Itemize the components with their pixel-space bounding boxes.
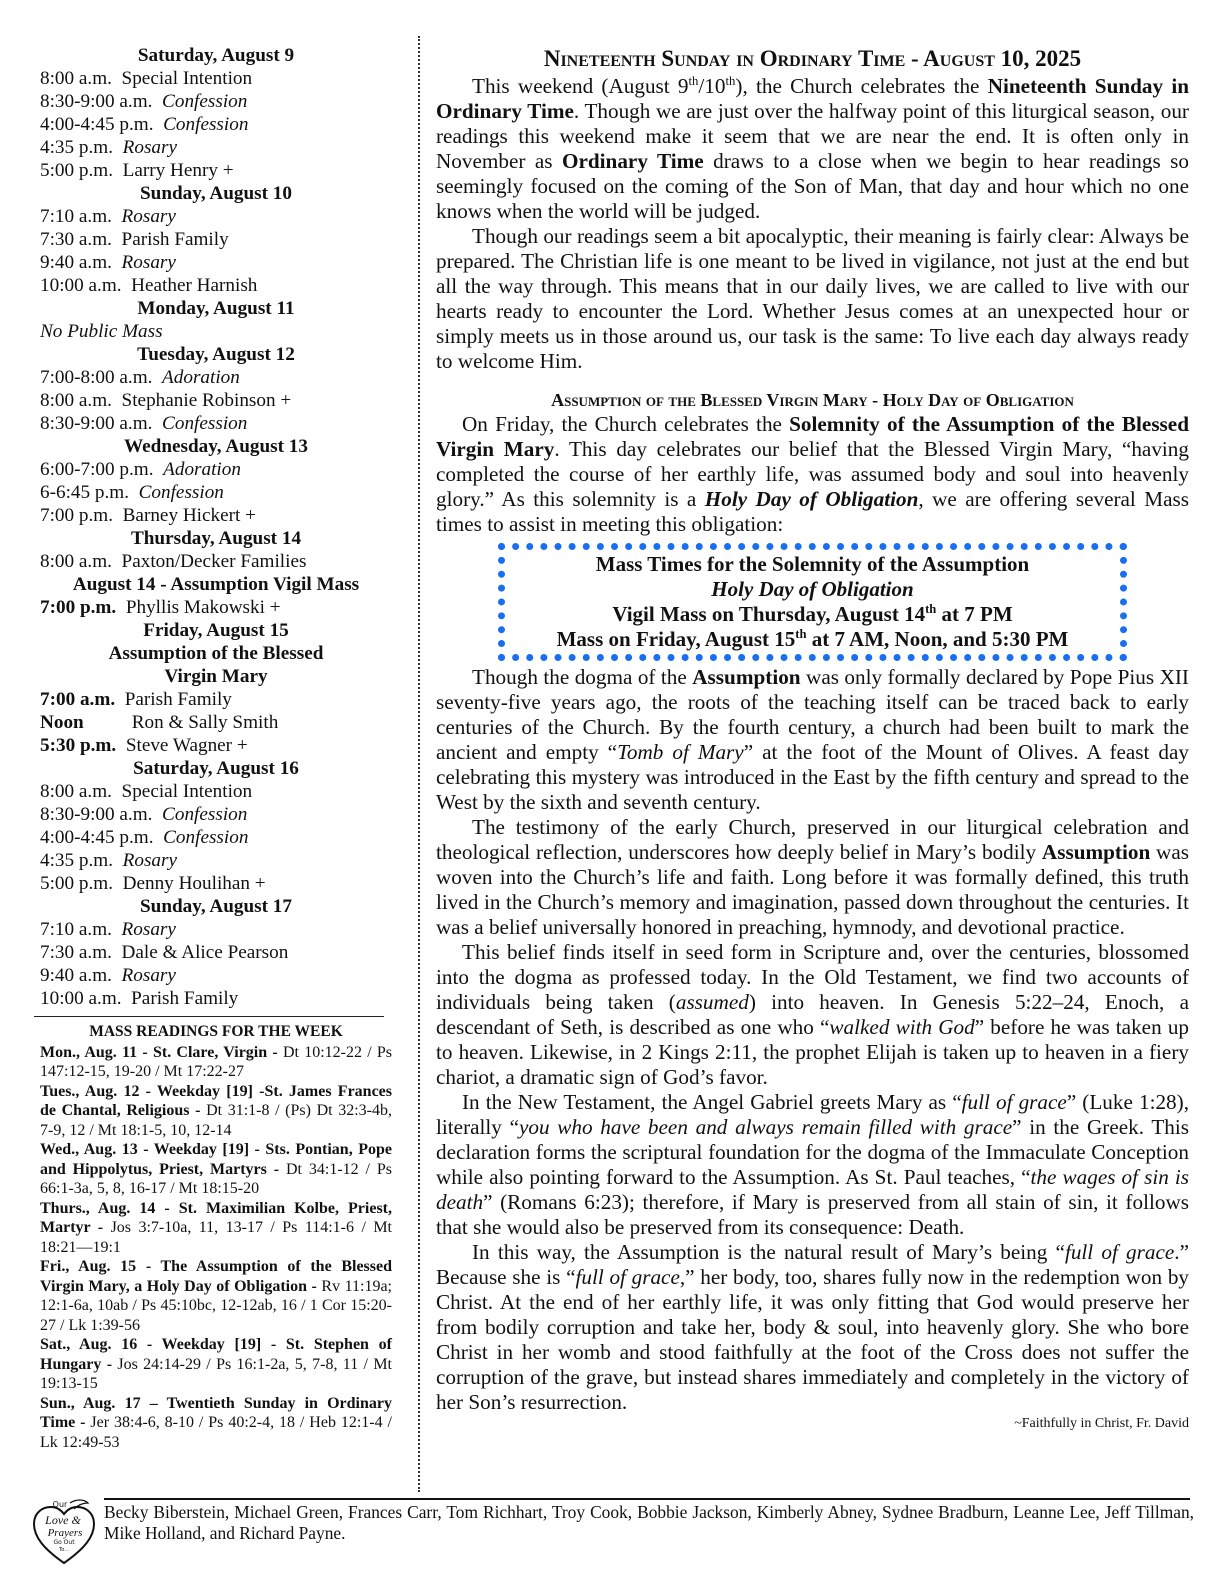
text: th bbox=[925, 602, 936, 616]
schedule-time: 8:30-9:00 a.m. bbox=[40, 804, 152, 825]
svg-text:Prayers: Prayers bbox=[47, 1527, 83, 1539]
text-run: ), the Church celebrates the bbox=[735, 74, 987, 98]
heart-prayers-logo-icon: Our Love & Prayers Go Out To... bbox=[30, 1497, 98, 1567]
schedule-event: Rosary bbox=[123, 850, 177, 871]
schedule-row: 7:00-8:00 a.m. Adoration bbox=[40, 366, 392, 389]
schedule-time: 9:40 a.m. bbox=[40, 252, 112, 273]
schedule-row: 5:30 p.m. Steve Wagner + bbox=[40, 734, 392, 757]
text-run: Holy Day of Obligation bbox=[705, 487, 919, 511]
day-subheading: Assumption of the Blessed bbox=[40, 642, 392, 665]
reading-item: Wed., Aug. 13 - Weekday [19] - Sts. Pont… bbox=[40, 1140, 392, 1199]
schedule-row: 10:00 a.m. Parish Family bbox=[40, 987, 392, 1010]
schedule-time: 5:00 p.m. bbox=[40, 160, 113, 181]
schedule-event: Confession bbox=[162, 804, 247, 825]
schedule-row: 4:00-4:45 p.m. Confession bbox=[40, 826, 392, 849]
schedule-row: No Public Mass bbox=[40, 320, 392, 343]
text: Mass on Friday, August 15 bbox=[557, 627, 796, 651]
text-run: Ordinary Time bbox=[562, 149, 704, 173]
schedule-row: 9:40 a.m. Rosary bbox=[40, 964, 392, 987]
schedule-time: 8:00 a.m. bbox=[40, 68, 112, 89]
schedule-time: 4:00-4:45 p.m. bbox=[40, 827, 154, 848]
schedule-row: 8:00 a.m. Special Intention bbox=[40, 780, 392, 803]
schedule-time: 10:00 a.m. bbox=[40, 275, 122, 296]
schedule-event: Confession bbox=[162, 91, 247, 112]
schedule-time: 8:00 a.m. bbox=[40, 781, 112, 802]
paragraph: Though the dogma of the Assumption was o… bbox=[436, 665, 1189, 815]
pastor-article: Nineteenth Sunday in Ordinary Time - Aug… bbox=[436, 44, 1189, 1432]
day-heading: Tuesday, August 12 bbox=[40, 343, 392, 366]
schedule-time: 8:30-9:00 a.m. bbox=[40, 91, 152, 112]
schedule-event: Special Intention bbox=[122, 68, 253, 89]
svg-text:Go Out: Go Out bbox=[53, 1539, 75, 1546]
article-title: Nineteenth Sunday in Ordinary Time - Aug… bbox=[436, 44, 1189, 74]
schedule-row: 8:30-9:00 a.m. Confession bbox=[40, 412, 392, 435]
schedule-event: Phyllis Makowski + bbox=[126, 597, 281, 618]
schedule-row: 7:00 a.m. Parish Family bbox=[40, 688, 392, 711]
text-run: On Friday, the Church celebrates the bbox=[462, 412, 789, 436]
schedule-event: Rosary bbox=[122, 965, 176, 986]
schedule-row: 8:00 a.m. Paxton/Decker Families bbox=[40, 550, 392, 573]
text-run: ” (Romans 6:23); therefore, if Mary is p… bbox=[436, 1190, 1189, 1239]
reading-refs: Jer 38:4-6, 8-10 / Ps 40:2-4, 18 / Heb 1… bbox=[40, 1414, 392, 1451]
prayer-list-names: Becky Biberstein, Michael Green, Frances… bbox=[104, 1502, 1194, 1544]
schedule-row: Noon Ron & Sally Smith bbox=[40, 711, 392, 734]
text-run: th bbox=[689, 74, 699, 88]
text-run: Assumption bbox=[1042, 840, 1150, 864]
text-run: /10 bbox=[698, 74, 725, 98]
reading-item: Sat., Aug. 16 - Weekday [19] - St. Steph… bbox=[40, 1335, 392, 1394]
schedule-time: 7:00 a.m. bbox=[40, 689, 115, 710]
day-heading: Sunday, August 17 bbox=[40, 895, 392, 918]
schedule-time: 6-6:45 p.m. bbox=[40, 482, 129, 503]
readings-heading: MASS READINGS FOR THE WEEK bbox=[40, 1022, 392, 1042]
column-divider bbox=[418, 36, 420, 1492]
text-run: full of grace bbox=[962, 1090, 1067, 1114]
text-run: In this way, the Assumption is the natur… bbox=[472, 1240, 1065, 1264]
schedule-row: 7:30 a.m. Dale & Alice Pearson bbox=[40, 941, 392, 964]
paragraph: In this way, the Assumption is the natur… bbox=[436, 1240, 1189, 1415]
text-run: full of grace bbox=[575, 1265, 679, 1289]
schedule-event: Confession bbox=[139, 482, 224, 503]
schedule-event: Confession bbox=[162, 413, 247, 434]
paragraph: This belief finds itself in seed form in… bbox=[436, 940, 1189, 1090]
schedule-time: 7:10 a.m. bbox=[40, 919, 112, 940]
schedule-row: 7:00 p.m. Barney Hickert + bbox=[40, 504, 392, 527]
text-run: In the New Testament, the Angel Gabriel … bbox=[462, 1090, 962, 1114]
text: at 7 PM bbox=[936, 602, 1012, 626]
schedule-row: 7:30 a.m. Parish Family bbox=[40, 228, 392, 251]
schedule-time: 7:00 p.m. bbox=[40, 597, 116, 618]
schedule-time: 6:00-7:00 p.m. bbox=[40, 459, 154, 480]
schedule-event: Paxton/Decker Families bbox=[122, 551, 307, 572]
schedule-event: Rosary bbox=[122, 919, 176, 940]
text-run: th bbox=[725, 74, 735, 88]
mass-readings: MASS READINGS FOR THE WEEK Mon., Aug. 11… bbox=[40, 1022, 392, 1452]
schedule-event: Barney Hickert + bbox=[123, 505, 256, 526]
schedule-event: Rosary bbox=[122, 206, 176, 227]
vigil-mass-line: Vigil Mass on Thursday, August 14th at 7… bbox=[509, 602, 1116, 627]
schedule-time: 9:40 a.m. bbox=[40, 965, 112, 986]
paragraph: This weekend (August 9th/10th), the Chur… bbox=[436, 74, 1189, 224]
schedule-event: Denny Houlihan + bbox=[123, 873, 266, 894]
schedule-time: 5:00 p.m. bbox=[40, 873, 113, 894]
schedule-time: 7:10 a.m. bbox=[40, 206, 112, 227]
schedule-event: Heather Harnish bbox=[131, 275, 257, 296]
paragraph: The testimony of the early Church, prese… bbox=[436, 815, 1189, 940]
schedule-time: 10:00 a.m. bbox=[40, 988, 122, 1009]
text-run: This weekend (August 9 bbox=[472, 74, 689, 98]
schedule-time: 7:30 a.m. bbox=[40, 942, 112, 963]
svg-text:To...: To... bbox=[58, 1547, 69, 1553]
schedule-event: No Public Mass bbox=[40, 321, 163, 342]
schedule-time: 7:00 p.m. bbox=[40, 505, 113, 526]
schedule-row: 5:00 p.m. Larry Henry + bbox=[40, 159, 392, 182]
schedule-event: Larry Henry + bbox=[123, 160, 234, 181]
schedule-row: 4:35 p.m. Rosary bbox=[40, 849, 392, 872]
schedule-row: 8:00 a.m. Stephanie Robinson + bbox=[40, 389, 392, 412]
day-heading: Saturday, August 16 bbox=[40, 757, 392, 780]
schedule-row: 8:00 a.m. Special Intention bbox=[40, 67, 392, 90]
day-heading: Wednesday, August 13 bbox=[40, 435, 392, 458]
schedule-time: 4:35 p.m. bbox=[40, 850, 113, 871]
schedule-row: 9:40 a.m. Rosary bbox=[40, 251, 392, 274]
reading-item: Tues., Aug. 12 - Weekday [19] -St. James… bbox=[40, 1082, 392, 1141]
schedule-time: 8:00 a.m. bbox=[40, 390, 112, 411]
mass-schedule: Saturday, August 98:00 a.m. Special Inte… bbox=[40, 44, 392, 1010]
day-subheading: Virgin Mary bbox=[40, 665, 392, 688]
paragraph: On Friday, the Church celebrates the Sol… bbox=[436, 412, 1189, 537]
text: Vigil Mass on Thursday, August 14 bbox=[612, 602, 925, 626]
schedule-row: 6-6:45 p.m. Confession bbox=[40, 481, 392, 504]
schedule-row: 7:10 a.m. Rosary bbox=[40, 205, 392, 228]
schedule-time: 8:30-9:00 a.m. bbox=[40, 413, 152, 434]
schedule-event: Parish Family bbox=[125, 689, 232, 710]
day-heading: Monday, August 11 bbox=[40, 297, 392, 320]
text: at 7 AM, Noon, and 5:30 PM bbox=[806, 627, 1068, 651]
reading-item: Thurs., Aug. 14 - St. Maximilian Kolbe, … bbox=[40, 1199, 392, 1258]
day-heading: Sunday, August 10 bbox=[40, 182, 392, 205]
schedule-event: Rosary bbox=[122, 252, 176, 273]
text-run: Assumption bbox=[692, 665, 800, 689]
divider bbox=[34, 1016, 384, 1017]
reading-item: Fri., Aug. 15 - The Assumption of the Bl… bbox=[40, 1257, 392, 1335]
schedule-event: Adoration bbox=[163, 459, 241, 480]
schedule-event: Special Intention bbox=[122, 781, 253, 802]
box-title: Mass Times for the Solemnity of the Assu… bbox=[509, 552, 1116, 577]
schedule-time: 7:30 a.m. bbox=[40, 229, 112, 250]
box-subtitle: Holy Day of Obligation bbox=[509, 577, 1116, 602]
svg-text:Our: Our bbox=[53, 1500, 68, 1509]
schedule-row: 6:00-7:00 p.m. Adoration bbox=[40, 458, 392, 481]
friday-mass-line: Mass on Friday, August 15th at 7 AM, Noo… bbox=[509, 627, 1116, 652]
text-run: walked with God bbox=[829, 1015, 974, 1039]
section-heading: Assumption of the Blessed Virgin Mary - … bbox=[436, 388, 1189, 412]
text-run: Tomb of Mary bbox=[617, 740, 744, 764]
schedule-event: Dale & Alice Pearson bbox=[122, 942, 289, 963]
text-run: you who have been and always remain fill… bbox=[519, 1115, 1012, 1139]
svg-text:Love &: Love & bbox=[44, 1513, 81, 1527]
schedule-row: 4:35 p.m. Rosary bbox=[40, 136, 392, 159]
schedule-event: Parish Family bbox=[131, 988, 238, 1009]
schedule-time: 4:35 p.m. bbox=[40, 137, 113, 158]
text-run: assumed bbox=[676, 990, 749, 1014]
schedule-row: 8:30-9:00 a.m. Confession bbox=[40, 90, 392, 113]
schedule-time: 5:30 p.m. bbox=[40, 735, 116, 756]
mass-times-box: Mass Times for the Solemnity of the Assu… bbox=[498, 543, 1127, 661]
signature: ~Faithfully in Christ, Fr. David bbox=[436, 1416, 1189, 1432]
schedule-event: Steve Wagner + bbox=[126, 735, 248, 756]
paragraph: In the New Testament, the Angel Gabriel … bbox=[436, 1090, 1189, 1240]
schedule-event: Rosary bbox=[123, 137, 177, 158]
day-heading: Thursday, August 14 bbox=[40, 527, 392, 550]
readings-list: Mon., Aug. 11 - St. Clare, Virgin - Dt 1… bbox=[40, 1043, 392, 1453]
reading-day: Mon., Aug. 11 - St. Clare, Virgin - bbox=[40, 1044, 283, 1061]
schedule-row: 5:00 p.m. Denny Houlihan + bbox=[40, 872, 392, 895]
schedule-event: Adoration bbox=[162, 367, 240, 388]
day-heading: August 14 - Assumption Vigil Mass bbox=[40, 573, 392, 596]
schedule-event: Ron & Sally Smith bbox=[132, 712, 279, 733]
schedule-time: 4:00-4:45 p.m. bbox=[40, 114, 154, 135]
day-heading: Saturday, August 9 bbox=[40, 44, 392, 67]
text: th bbox=[795, 627, 806, 641]
schedule-event: Parish Family bbox=[122, 229, 229, 250]
schedule-row: 8:30-9:00 a.m. Confession bbox=[40, 803, 392, 826]
schedule-row: 7:00 p.m. Phyllis Makowski + bbox=[40, 596, 392, 619]
schedule-time: 7:00-8:00 a.m. bbox=[40, 367, 152, 388]
day-heading: Friday, August 15 bbox=[40, 619, 392, 642]
schedule-time: Noon bbox=[40, 712, 84, 733]
schedule-row: 4:00-4:45 p.m. Confession bbox=[40, 113, 392, 136]
schedule-row: 10:00 a.m. Heather Harnish bbox=[40, 274, 392, 297]
schedule-time: 8:00 a.m. bbox=[40, 551, 112, 572]
text-run: full of grace bbox=[1065, 1240, 1174, 1264]
text-run: Though the dogma of the bbox=[472, 665, 692, 689]
paragraph: Though our readings seem a bit apocalypt… bbox=[436, 224, 1189, 374]
schedule-event: Confession bbox=[163, 114, 248, 135]
reading-item: Sun., Aug. 17 – Twentieth Sunday in Ordi… bbox=[40, 1394, 392, 1453]
reading-item: Mon., Aug. 11 - St. Clare, Virgin - Dt 1… bbox=[40, 1043, 392, 1082]
divider bbox=[104, 1498, 1190, 1500]
schedule-row: 7:10 a.m. Rosary bbox=[40, 918, 392, 941]
schedule-event: Confession bbox=[163, 827, 248, 848]
schedule-event: Stephanie Robinson + bbox=[122, 390, 292, 411]
